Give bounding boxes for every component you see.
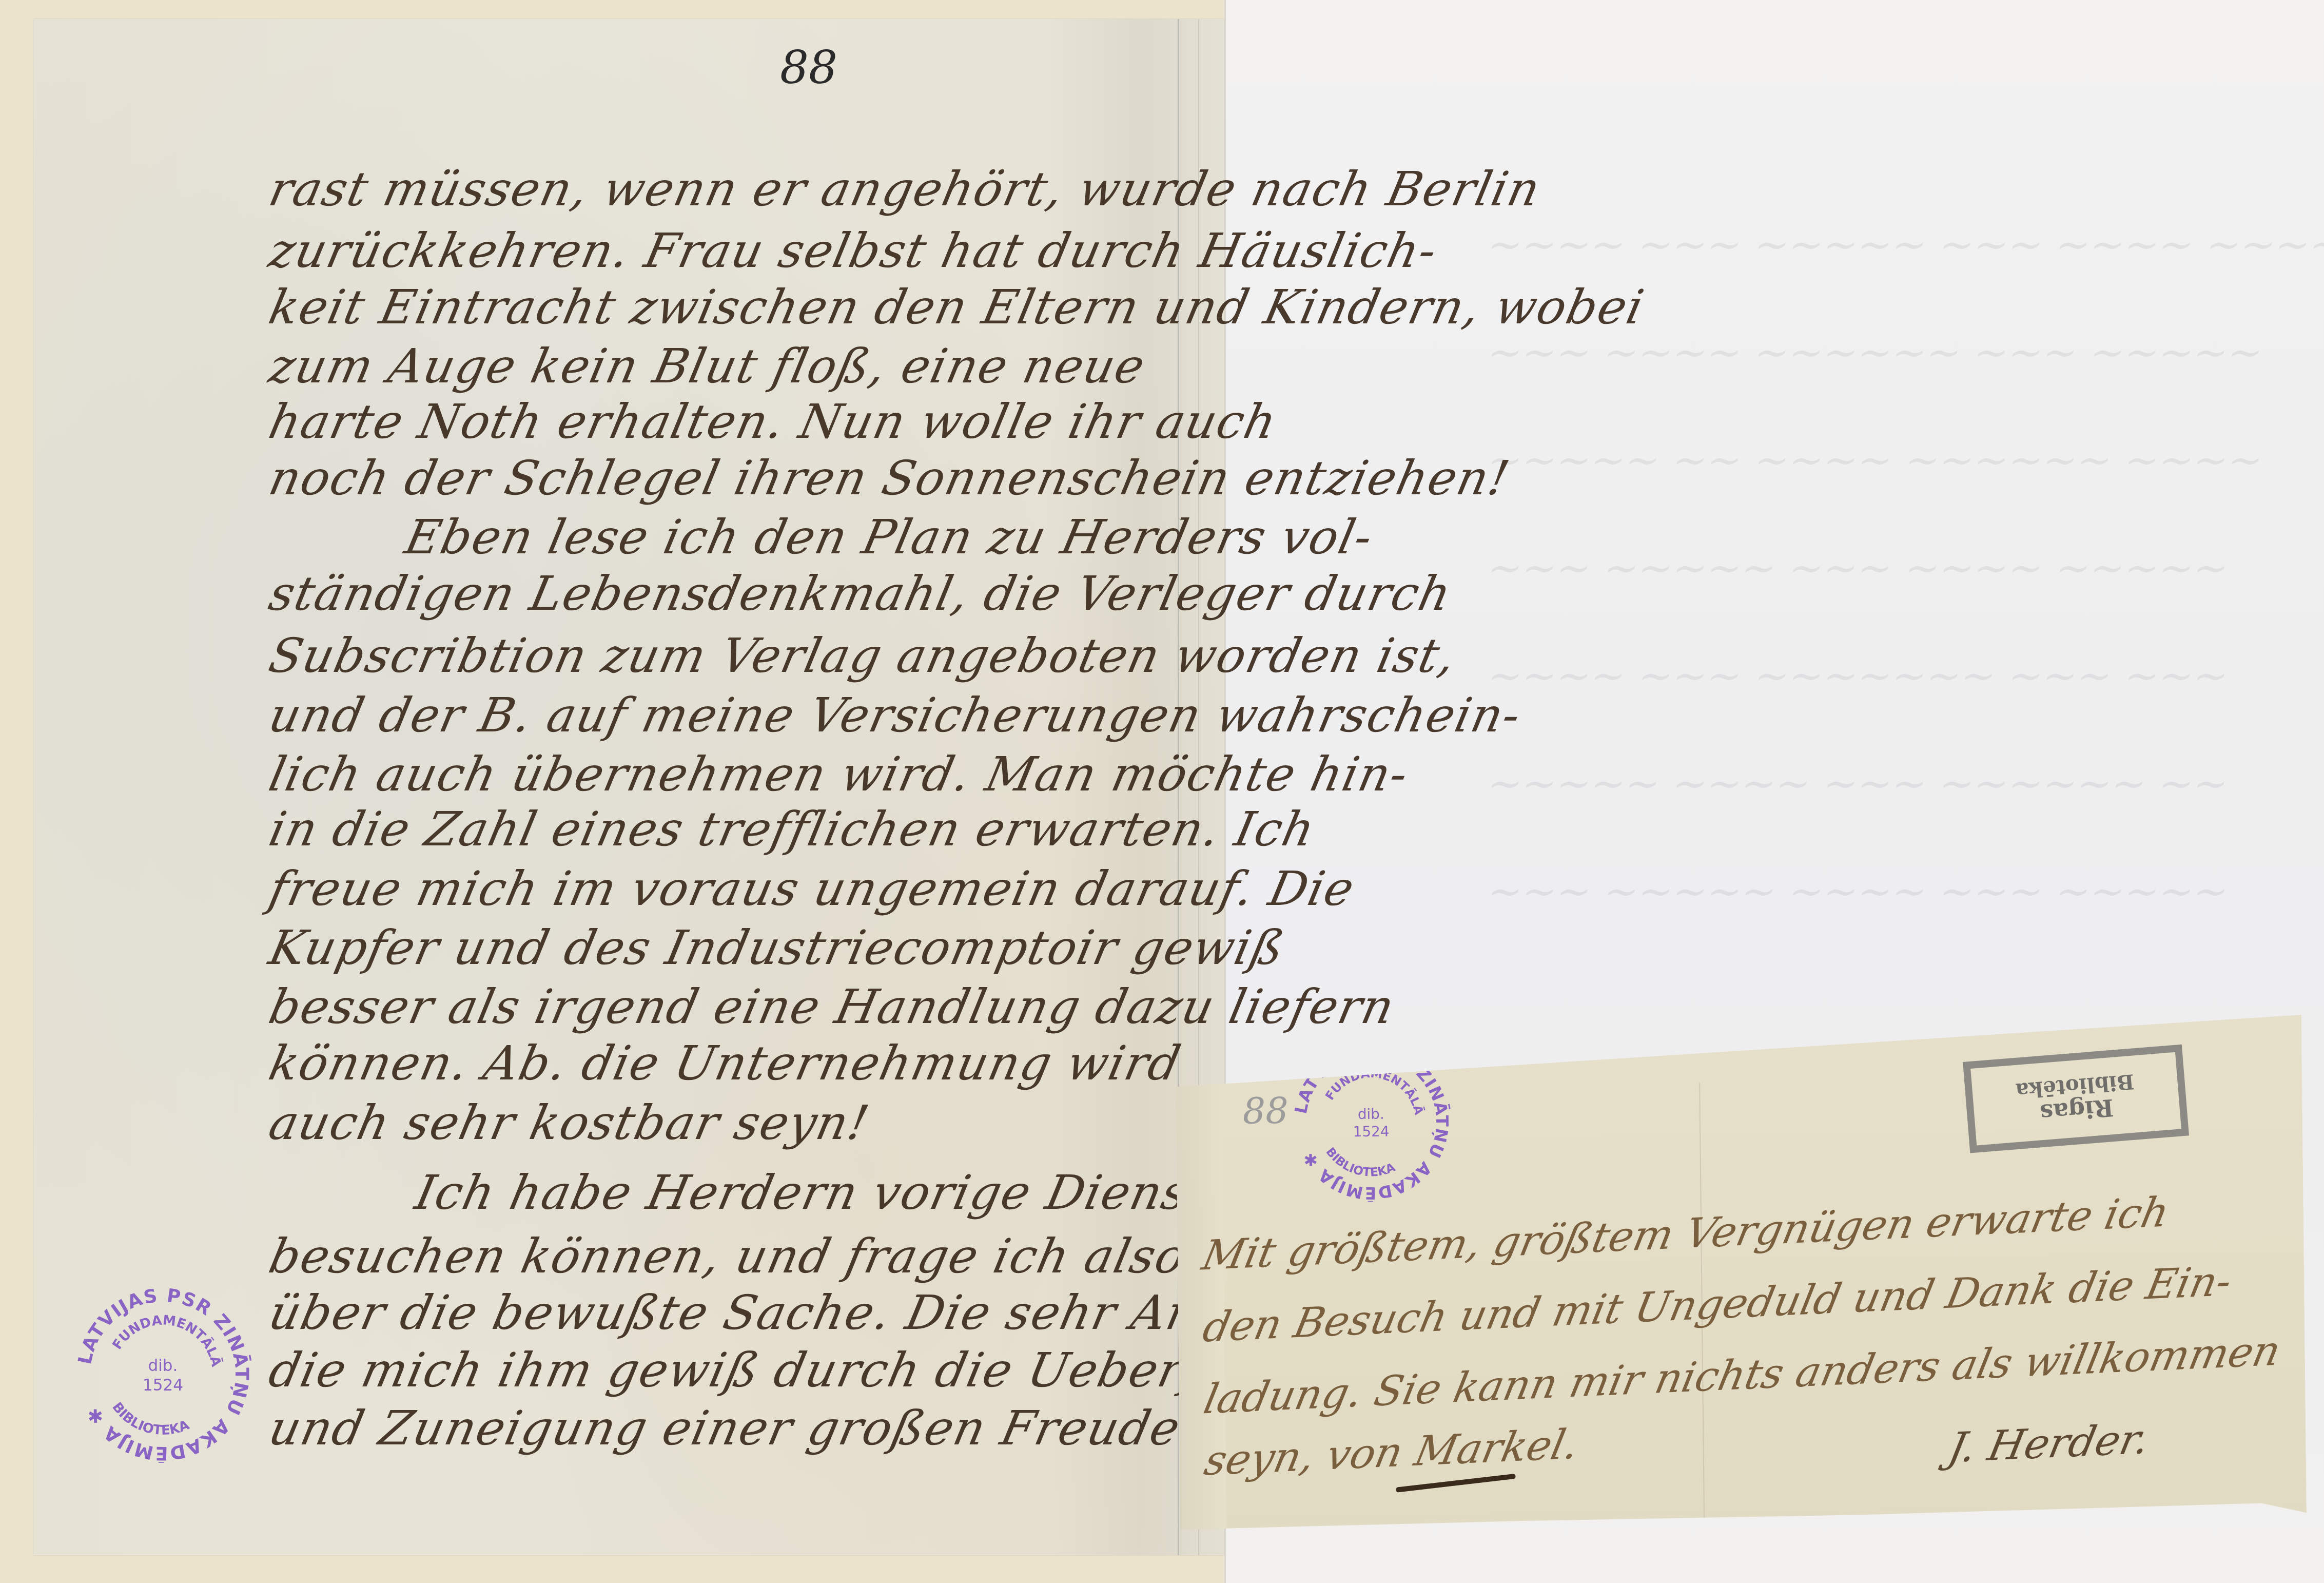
bleed-through-text: ~~~~~ ~~ ~~~~ ~~~~~~ ~~~~: [1483, 436, 2268, 484]
handwriting-line: in die Zahl eines trefflichen erwarten. …: [264, 802, 1320, 857]
bleed-through-text: ~~~ ~~~~~ ~~~ ~~~~ ~~~~~: [1483, 544, 2233, 592]
bleed-through-text: ~~~~~ ~~~~ ~~~ ~~~~~~ ~~: [1483, 760, 2233, 807]
library-stamp: LATVIJAS PSR ZINĀTŅU AKADĒMIJA ✱ FUNDAME…: [74, 1286, 251, 1463]
signature: J. Herder.: [1944, 1415, 2153, 1472]
handwriting-line: rast müssen, wenn er angehört, wurde nac…: [264, 162, 1546, 217]
svg-text:1524: 1524: [1353, 1123, 1389, 1141]
handwriting-line: Eben lese ich den Plan zu Herders vol-: [400, 510, 1378, 565]
bleed-through-text: ~~~ ~~~~~ ~~~~ ~~~ ~~~~~: [1483, 867, 2233, 915]
handwriting-line: auch sehr kostbar seyn!: [264, 1095, 874, 1150]
handwriting-line: freue mich im voraus ungemein darauf. Di…: [264, 861, 1360, 916]
handwriting-line: können. Ab. die Unternehmung wird: [264, 1036, 1186, 1091]
handwriting-line: harte Noth erhalten. Nun wolle ihr auch: [264, 394, 1282, 449]
bleed-through-text: ~~~ ~~~~ ~~~~~~ ~~~ ~~~~~: [1483, 329, 2268, 376]
handwriting-line: keit Eintracht zwischen den Eltern und K…: [264, 280, 1649, 335]
handwriting-line: zurückkehren. Frau selbst hat durch Häus…: [264, 223, 1442, 278]
handwriting-line: und der B. auf meine Versicherungen wahr…: [264, 688, 1526, 743]
folio-number: 88: [780, 41, 837, 94]
handwriting-line: lich auch übernehmen wird. Man möchte hi…: [264, 747, 1414, 802]
handwriting-line: über die bewußte Sache. Die sehr Antwort: [264, 1285, 1339, 1340]
strip-handwriting-line: seyn, von Markel.: [1200, 1420, 1583, 1485]
pencil-number: 88: [1242, 1090, 1288, 1132]
handwriting-line: noch der Schlegel ihren Sonnenschein ent…: [264, 451, 1515, 506]
svg-text:dib.: dib.: [1358, 1106, 1384, 1123]
handwriting-line: besser als irgend eine Handlung dazu lie…: [264, 979, 1400, 1034]
handwriting-line: zum Auge kein Blut floß, eine neue: [264, 339, 1150, 394]
bleed-through-text: ~~~~ ~~~ ~~~~~ ~~~ ~~~~ ~~~~~: [1483, 221, 2324, 268]
handwriting-line: ständigen Lebensdenkmahl, die Verleger d…: [264, 566, 1457, 621]
bleed-through-text: ~~~~ ~~~ ~~~~~~~ ~~~ ~~~: [1483, 652, 2233, 700]
rectangular-library-stamp: Rigas Bibliotēka: [1963, 1045, 2189, 1153]
note-strip: 88 LATVIJAS PSR ZINĀTŅU AKADĒMIJA ✱ FUND…: [1175, 1015, 2307, 1530]
svg-text:1524: 1524: [143, 1376, 183, 1395]
library-stamp-icon: LATVIJAS PSR ZINĀTŅU AKADĒMIJA ✱ FUNDAME…: [74, 1286, 251, 1463]
handwriting-line: Subscribtion zum Verlag angeboten worden…: [264, 628, 1461, 683]
underline-mark: [1396, 1474, 1516, 1493]
svg-text:dib.: dib.: [148, 1357, 178, 1375]
handwriting-line: Kupfer und des Industriecomptoir gewiß: [264, 920, 1290, 975]
